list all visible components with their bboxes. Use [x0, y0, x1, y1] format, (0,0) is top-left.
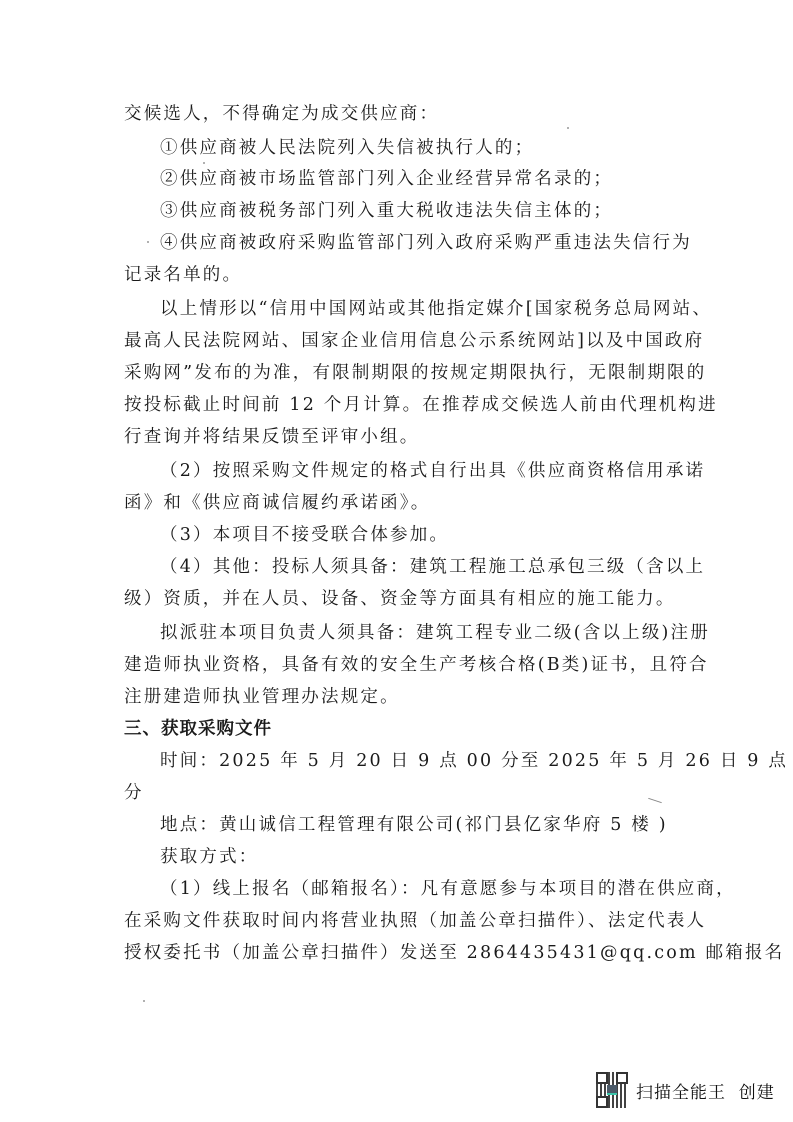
text-line: 采购网”发布的为准，有限制期限的按规定期限执行，无限制期限的 — [124, 362, 706, 384]
text-line: 地点：黄山诚信工程管理有限公司(祁门县亿家华府 5 楼 ) — [160, 814, 668, 836]
text-line: （1）线上报名（邮箱报名）：凡有意愿参与本项目的潜在供应商， — [160, 878, 736, 900]
text-line: 函》和《供应商诚信履约承诺函》。 — [124, 492, 430, 514]
text-line: 行查询并将结果反馈至评审小组。 — [124, 426, 420, 448]
text-line: （2）按照采购文件规定的格式自行出具《供应商资格信用承诺 — [160, 460, 705, 482]
text-line: （4）其他：投标人须具备：建筑工程施工总承包三级（含以上 — [160, 556, 705, 578]
text-line: 授权委托书（加盖公章扫描件）发送至 2864435431@qq.com 邮箱报名 — [124, 942, 784, 964]
scan-speck — [143, 1000, 145, 1002]
text-line: 拟派驻本项目负责人须具备：建筑工程专业二级(含以上级)注册 — [160, 622, 710, 644]
text-line: 建造师执业资格，具备有效的安全生产考核合格(B类)证书，且符合 — [124, 654, 709, 676]
text-line: ①供应商被人民法院列入失信被执行人的； — [160, 137, 534, 159]
watermark-text: 扫描全能王 创建 — [636, 1078, 775, 1103]
scan-speck — [147, 241, 149, 243]
qr-code-icon — [596, 1072, 628, 1108]
text-line: ④供应商被政府采购监管部门列入政府采购严重违法失信行为 — [160, 232, 692, 254]
text-line: 在采购文件获取时间内将营业执照（加盖公章扫描件）、法定代表人 — [124, 910, 706, 932]
text-line: 记录名单的。 — [124, 264, 242, 286]
text-line: 最高人民法院网站、国家企业信用信息公示系统网站]以及中国政府 — [124, 330, 704, 352]
text-line: 按投标截止时间前 12 个月计算。在推荐成交候选人前由代理机构进 — [124, 394, 718, 416]
scan-mark — [648, 798, 662, 803]
text-line: 交候选人，不得确定为成交供应商： — [124, 103, 439, 125]
section-heading: 三、获取采购文件 — [124, 718, 272, 740]
text-line: 级）资质，并在人员、设备、资金等方面具有相应的施工能力。 — [124, 588, 676, 610]
text-line: 时间：2025 年 5 月 20 日 9 点 00 分至 2025 年 5 月 … — [160, 750, 793, 772]
scanned-document-page: 交候选人，不得确定为成交供应商：①供应商被人民法院列入失信被执行人的；②供应商被… — [0, 0, 793, 1122]
text-line: （3）本项目不接受联合体参加。 — [160, 524, 449, 546]
text-line: 以上情形以“信用中国网站或其他指定媒介[国家税务总局网站、 — [160, 298, 712, 320]
text-line: 分 — [124, 782, 144, 804]
text-line: ②供应商被市场监管部门列入企业经营异常名录的； — [160, 168, 613, 190]
scan-speck — [567, 127, 569, 129]
text-line: ③供应商被税务部门列入重大税收违法失信主体的； — [160, 200, 613, 222]
text-line: 注册建造师执业管理办法规定。 — [124, 686, 400, 708]
scanner-watermark: 扫描全能王 创建 — [596, 1068, 775, 1112]
scan-speck — [203, 162, 205, 164]
text-line: 获取方式： — [160, 846, 259, 868]
